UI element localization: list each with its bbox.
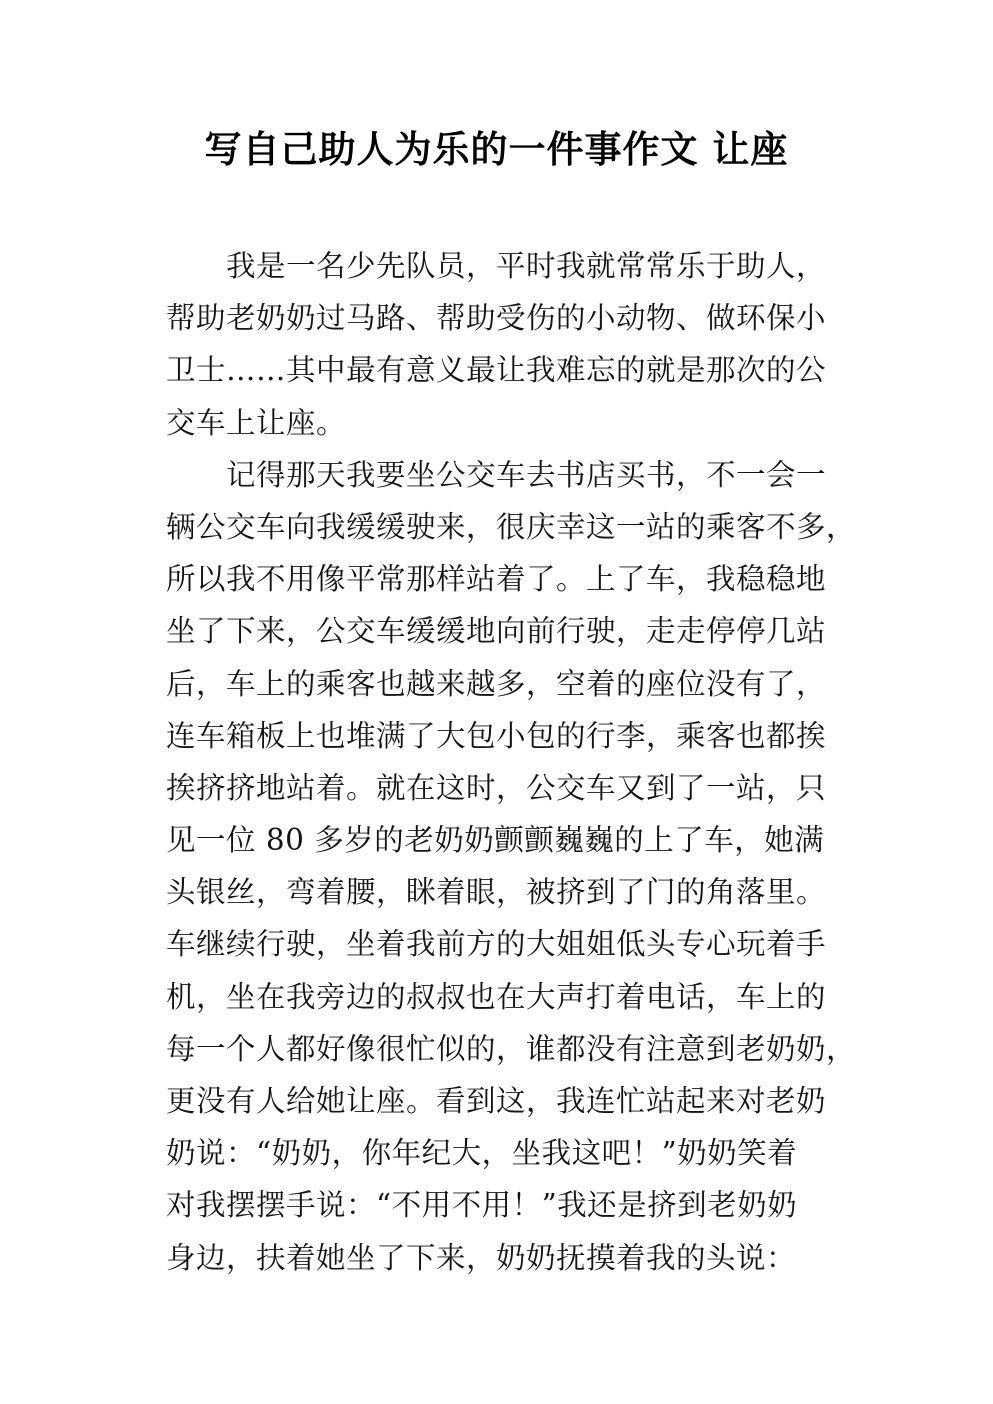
text-line: 更没有人给她让座。看到这，我连忙站起来对老奶: [166, 1075, 856, 1127]
text-line: 头银丝，弯着腰，眯着眼，被挤到了门的角落里。: [166, 866, 856, 918]
text-line: 挨挤挤地站着。就在这时，公交车又到了一站，只: [166, 762, 856, 814]
text-line: 卫士……其中最有意义最让我难忘的就是那次的公: [166, 344, 856, 396]
text-line: 奶说：“奶奶，你年纪大，坐我这吧！”奶奶笑着: [166, 1127, 856, 1179]
text-line: 身边，扶着她坐了下来，奶奶抚摸着我的头说：: [166, 1232, 856, 1284]
text-line: 记得那天我要坐公交车去书店买书，不一会一: [166, 449, 856, 501]
text-line: 机，坐在我旁边的叔叔也在大声打着电话，车上的: [166, 971, 856, 1023]
document-title: 写自己助人为乐的一件事作文 让座: [0, 122, 993, 178]
paragraph-1: 我是一名少先队员，平时我就常常乐于助人， 帮助老奶奶过马路、帮助受伤的小动物、做…: [166, 240, 856, 449]
text-line: 每一个人都好像很忙似的，谁都没有注意到老奶奶，: [166, 1023, 856, 1075]
text-line: 我是一名少先队员，平时我就常常乐于助人，: [166, 240, 856, 292]
text-line: 所以我不用像平常那样站着了。上了车，我稳稳地: [166, 553, 856, 605]
text-line: 坐了下来，公交车缓缓地向前行驶，走走停停几站: [166, 605, 856, 657]
text-line: 交车上让座。: [166, 397, 856, 449]
text-line: 后，车上的乘客也越来越多，空着的座位没有了，: [166, 658, 856, 710]
text-line: 对我摆摆手说：“不用不用！”我还是挤到老奶奶: [166, 1179, 856, 1231]
document-body: 我是一名少先队员，平时我就常常乐于助人， 帮助老奶奶过马路、帮助受伤的小动物、做…: [166, 240, 856, 1284]
text-line: 连车箱板上也堆满了大包小包的行李，乘客也都挨: [166, 710, 856, 762]
text-line: 车继续行驶，坐着我前方的大姐姐低头专心玩着手: [166, 918, 856, 970]
paragraph-2: 记得那天我要坐公交车去书店买书，不一会一 辆公交车向我缓缓驶来，很庆幸这一站的乘…: [166, 449, 856, 1284]
text-line: 见一位 80 多岁的老奶奶颤颤巍巍的上了车，她满: [166, 814, 856, 866]
text-line: 辆公交车向我缓缓驶来，很庆幸这一站的乘客不多，: [166, 501, 856, 553]
text-line: 帮助老奶奶过马路、帮助受伤的小动物、做环保小: [166, 292, 856, 344]
document-page: 写自己助人为乐的一件事作文 让座 我是一名少先队员，平时我就常常乐于助人， 帮助…: [0, 0, 993, 1404]
